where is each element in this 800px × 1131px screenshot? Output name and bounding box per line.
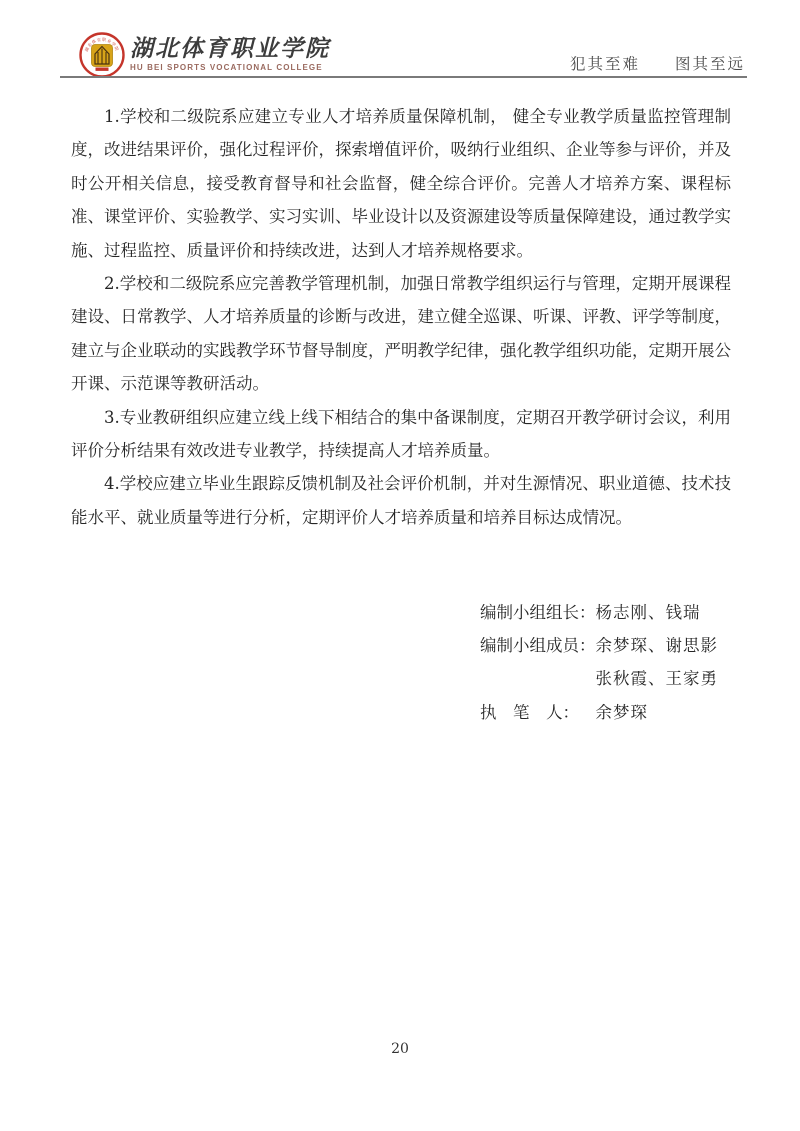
paragraph-1: 1.学校和二级院系应建立专业人才培养质量保障机制， 健全专业教学质量监控管理制度… [71,100,731,267]
document-page: 湖北体育职业学院 湖北体育职业学院 HU BEI SPORTS VOCATION… [0,0,800,1131]
college-seal-icon: 湖北体育职业学院 [79,32,125,78]
paragraph-3: 3.专业教研组织应建立线上线下相结合的集中备课制度，定期召开教学研讨会议，利用评… [71,401,731,468]
signature-row-writer: 执 笔 人： 余梦琛 [480,696,718,729]
signature-value: 杨志刚、钱瑞 [596,596,701,629]
signature-label [480,662,596,695]
paragraph-2: 2.学校和二级院系应完善教学管理机制，加强日常教学组织运行与管理，定期开展课程建… [71,267,731,401]
college-name-english: HU BEI SPORTS VOCATIONAL COLLEGE [130,63,330,72]
header-slogan: 犯其至难 图其至远 [570,52,745,74]
paragraph-4: 4.学校应建立毕业生跟踪反馈机制及社会评价机制，并对生源情况、职业道德、技术技能… [71,467,731,534]
signature-label: 编制小组组长： [480,596,596,629]
college-seal-svg: 湖北体育职业学院 [79,32,125,78]
page-footer: 20 [0,1041,800,1057]
signature-label: 执 笔 人： [480,696,596,729]
signature-block: 编制小组组长： 杨志刚、钱瑞 编制小组成员： 余梦琛、谢思影 张秋霞、王家勇 执… [480,596,718,729]
signature-value: 余梦琛 [596,696,649,729]
signature-label: 编制小组成员： [480,629,596,662]
signature-row-members-cont: 张秋霞、王家勇 [480,662,718,695]
page-number: 20 [391,1041,409,1057]
signature-row-members: 编制小组成员： 余梦琛、谢思影 [480,629,718,662]
college-name-calligraphy: 湖北体育职业学院 [130,36,330,62]
signature-row-leader: 编制小组组长： 杨志刚、钱瑞 [480,596,718,629]
document-body: 1.学校和二级院系应建立专业人才培养质量保障机制， 健全专业教学质量监控管理制度… [71,100,731,534]
page-header: 湖北体育职业学院 湖北体育职业学院 HU BEI SPORTS VOCATION… [0,0,800,90]
signature-value: 余梦琛、谢思影 [596,629,719,662]
header-divider [60,76,747,78]
signature-value: 张秋霞、王家勇 [596,662,719,695]
college-brand: 湖北体育职业学院 HU BEI SPORTS VOCATIONAL COLLEG… [130,36,330,72]
